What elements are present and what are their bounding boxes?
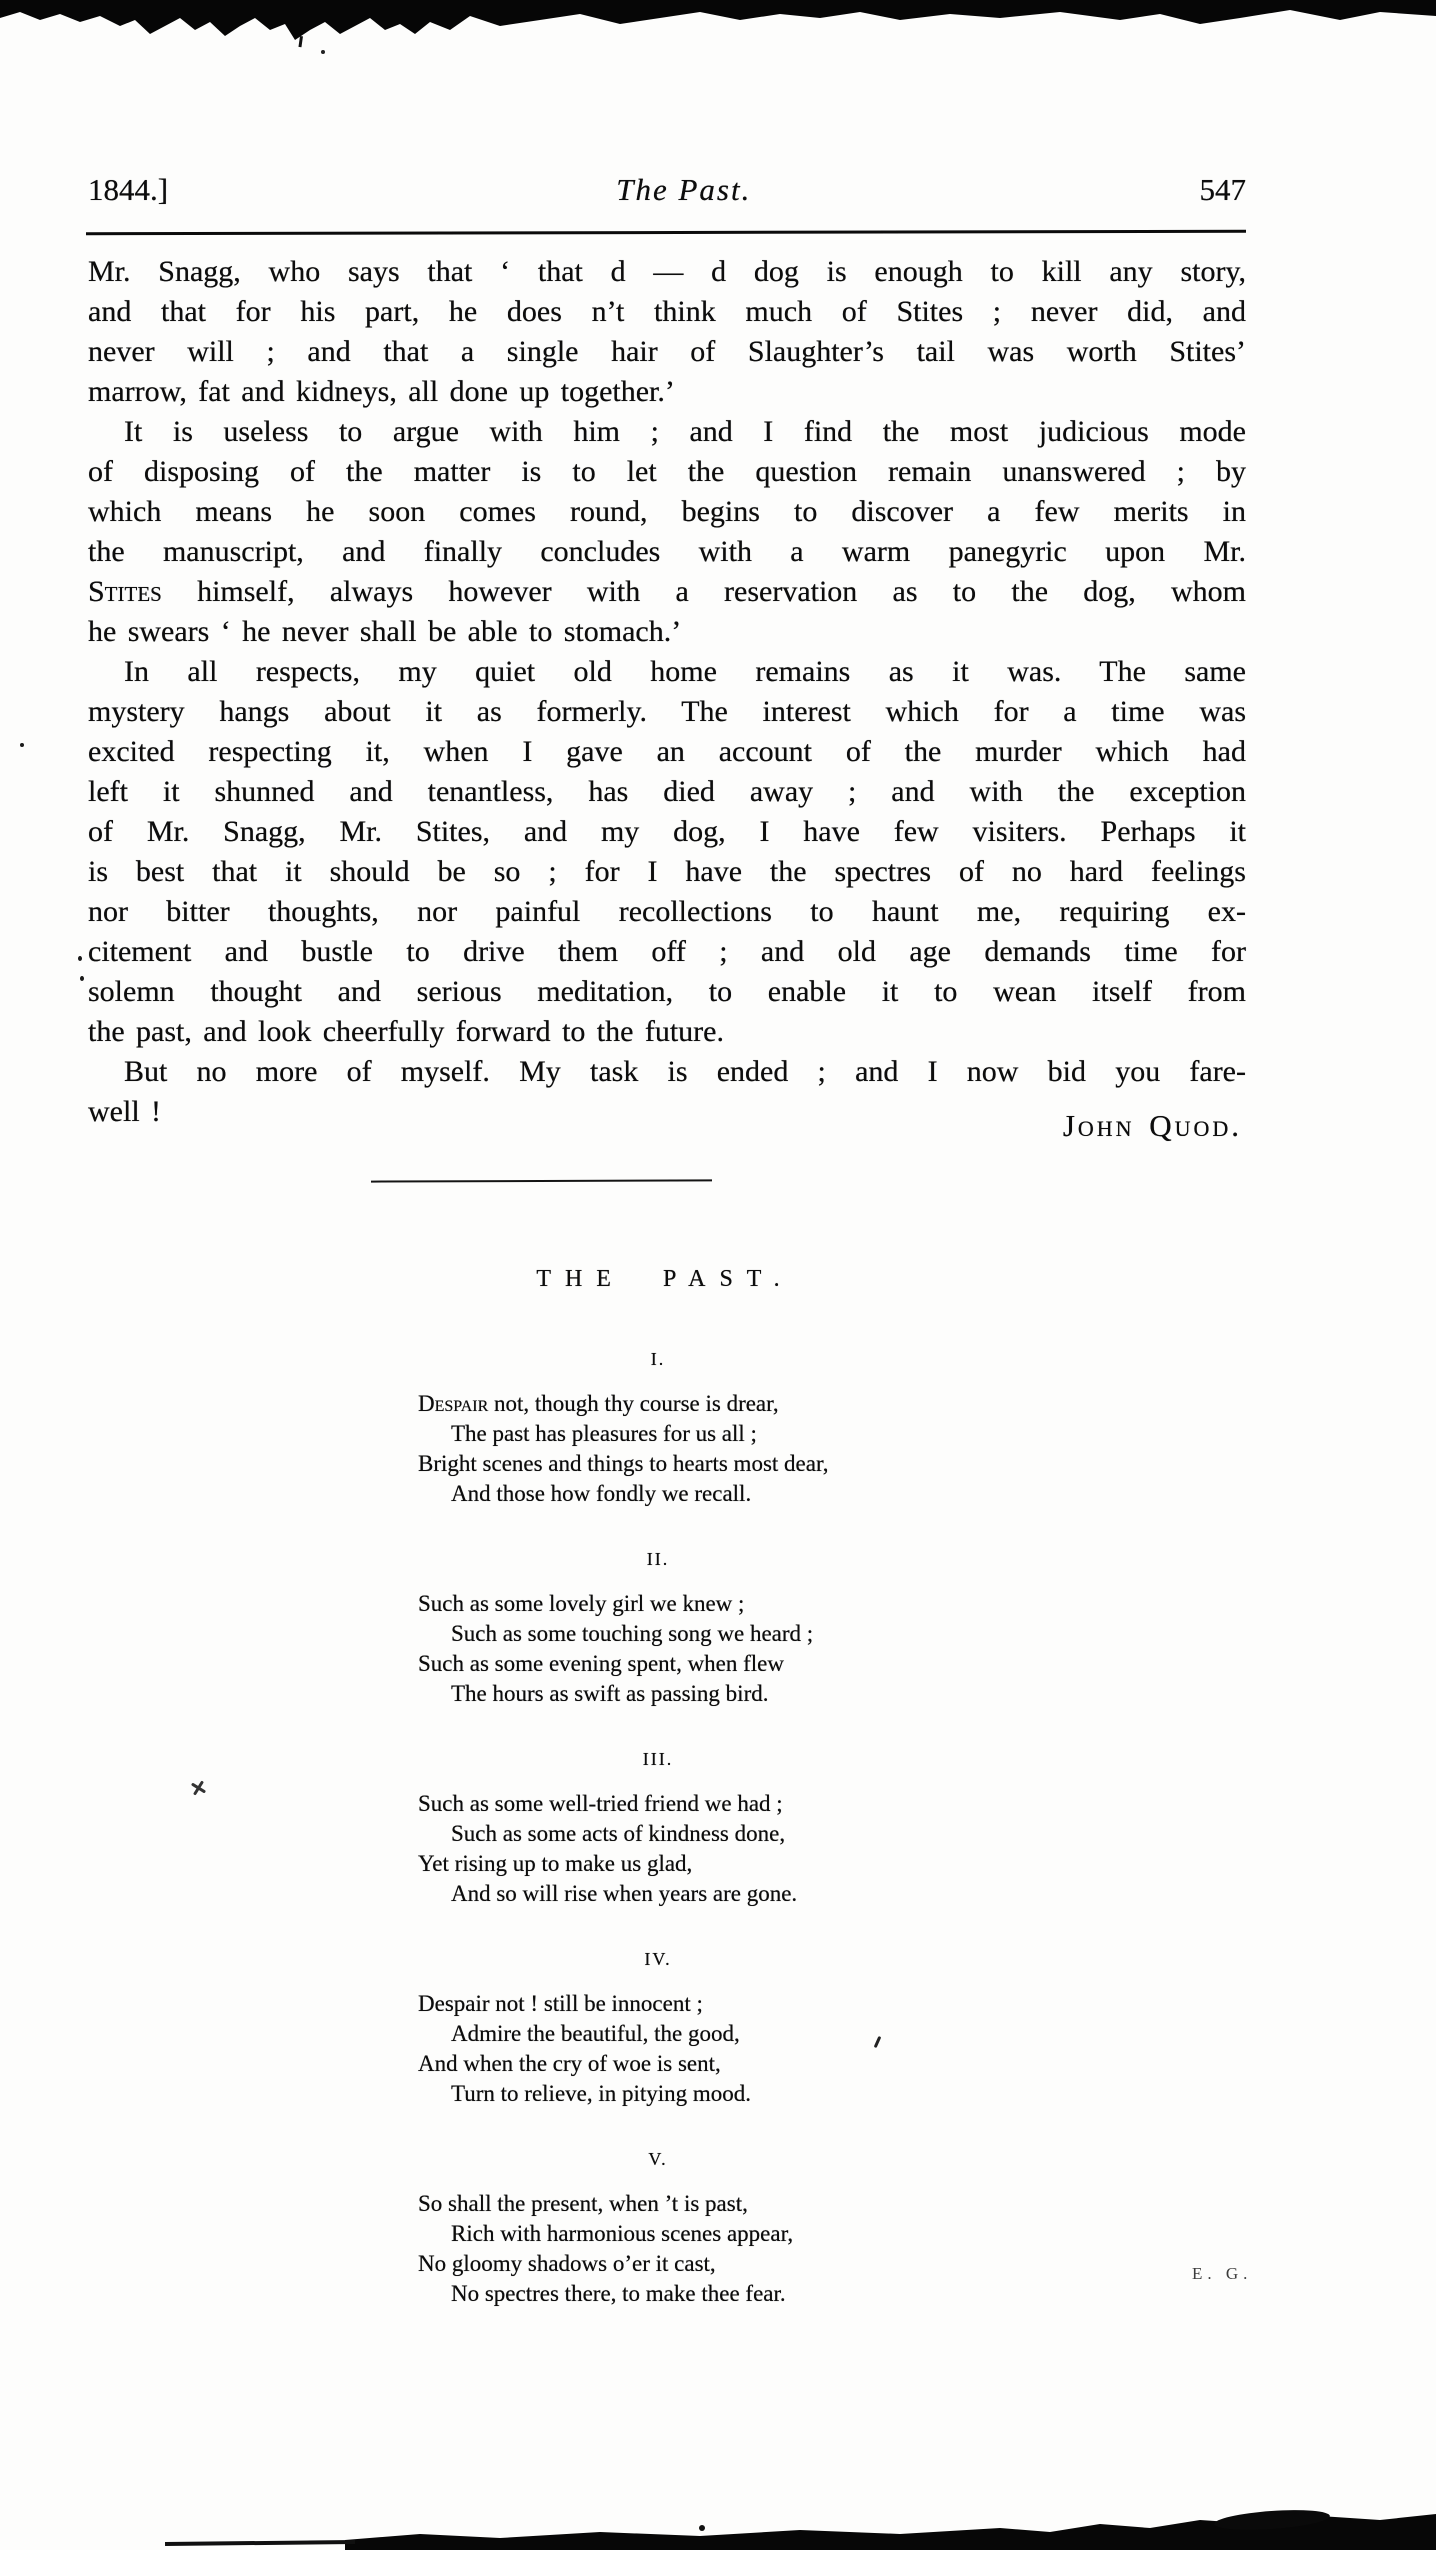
text-line: nor bitter thoughts, nor painful recolle… [88,892,1246,932]
text-line: Stites himself, always however with a re… [88,572,1246,612]
poem-line: The hours as swift as passing bird. [418,1679,898,1709]
text-line: citement and bustle to drive them off ; … [88,932,1246,972]
stanza-numeral: I. [418,1344,898,1374]
header-page-number: 547 [1199,172,1246,208]
stanza-numeral: V. [418,2144,898,2174]
poem-line: And those how fondly we recall. [418,1479,898,1509]
text-line: which means he soon comes round, begins … [88,492,1246,532]
poem-line: Such as some evening spent, when flew [418,1649,898,1679]
poem-line: Rich with harmonious scenes appear, [418,2219,898,2249]
text-line: of disposing of the matter is to let the… [88,452,1246,492]
poem-line: Such as some lovely girl we knew ; [418,1589,898,1619]
paragraph: Mr. Snagg, who says that ‘ that d — d do… [88,252,1246,412]
poem-line: Admire the beautiful, the good, [418,2019,898,2049]
text-line: excited respecting it, when I gave an ac… [88,732,1246,772]
header-running-title: The Past. [616,172,751,208]
poem-line: Such as some touching song we heard ; [418,1619,898,1649]
text-line: is best that it should be so ; for I hav… [88,852,1246,892]
scan-asterisk-smudge [190,1780,206,1796]
stanza-numeral: IV. [418,1944,898,1974]
text-line: of Mr. Snagg, Mr. Stites, and my dog, I … [88,812,1246,852]
poem-attribution: E. G. [1192,2264,1252,2284]
scan-speck [20,743,24,747]
text-line: In all respects, my quiet old home remai… [88,652,1246,692]
scanned-book-page: { "page": { "colors": { "ink": "#0d0d0d"… [0,0,1436,2550]
header-rule [86,230,1246,235]
poem-line: And so will rise when years are gone. [418,1879,898,1909]
poem-line: Despair not ! still be innocent ; [418,1989,898,2019]
stanza: Such as some lovely girl we knew ;Such a… [418,1589,898,1709]
text-line: the manuscript, and finally concludes wi… [88,532,1246,572]
scan-bottom-edge-artifact [0,2504,1436,2550]
poem-title: THE PAST. [418,1264,898,1294]
stanza-numeral: II. [418,1544,898,1574]
stanza: So shall the present, when ’t is past,Ri… [418,2189,898,2309]
poem-line: Bright scenes and things to hearts most … [418,1449,898,1479]
text-line: Mr. Snagg, who says that ‘ that d — d do… [88,252,1246,292]
stanza: Despair not ! still be innocent ;Admire … [418,1989,898,2109]
small-caps-word: Stites [88,575,162,608]
poem-line: No gloomy shadows o’er it cast, [418,2249,898,2279]
stanza: Despair not, though thy course is drear,… [418,1389,898,1509]
text-line: It is useless to argue with him ; and I … [88,412,1246,452]
prose-body: Mr. Snagg, who says that ‘ that d — d do… [88,252,1246,1182]
text-line: But no more of myself. My task is ended … [88,1052,1246,1092]
stanza-numeral: III. [418,1744,898,1774]
poem-stanzas: I.Despair not, though thy course is drea… [418,1344,898,2309]
text-line: and that for his part, he does n’t think… [88,292,1246,332]
scan-speck [78,956,82,961]
poem-line: Such as some well-tried friend we had ; [418,1789,898,1819]
poem-line: Such as some acts of kindness done, [418,1819,898,1849]
header-year: 1844.] [88,172,168,208]
poem-section: THE PAST. I.Despair not, though thy cour… [418,1264,898,2309]
paragraph: It is useless to argue with him ; and I … [88,412,1246,652]
poem-line: And when the cry of woe is sent, [418,2049,898,2079]
poem-line: So shall the present, when ’t is past, [418,2189,898,2219]
small-caps-word: Despair [418,1391,488,1416]
poem-line: Despair not, though thy course is drear, [418,1389,898,1419]
poem-line: Turn to relieve, in pitying mood. [418,2079,898,2109]
text-line: the past, and look cheerfully forward to… [88,1012,1246,1052]
paragraph: In all respects, my quiet old home remai… [88,652,1246,1052]
text-line: he swears ‘ he never shall be able to st… [88,612,1246,652]
text-line: mystery hangs about it as formerly. The … [88,692,1246,732]
page-header: 1844.] The Past. 547 [88,172,1246,208]
text-line: marrow, fat and kidneys, all done up tog… [88,372,1246,412]
stanza: Such as some well-tried friend we had ;S… [418,1789,898,1909]
text-line: left it shunned and tenantless, has died… [88,772,1246,812]
text-line: never will ; and that a single hair of S… [88,332,1246,372]
poem-line: Yet rising up to make us glad, [418,1849,898,1879]
author-signature: John Quod. [88,1106,1246,1146]
poem-line: No spectres there, to make thee fear. [418,2279,898,2309]
poem-line: The past has pleasures for us all ; [418,1419,898,1449]
scan-speck [80,976,84,981]
scan-top-edge-artifact [0,0,1436,60]
section-separator-rule [371,1179,712,1182]
text-line: solemn thought and serious meditation, t… [88,972,1246,1012]
